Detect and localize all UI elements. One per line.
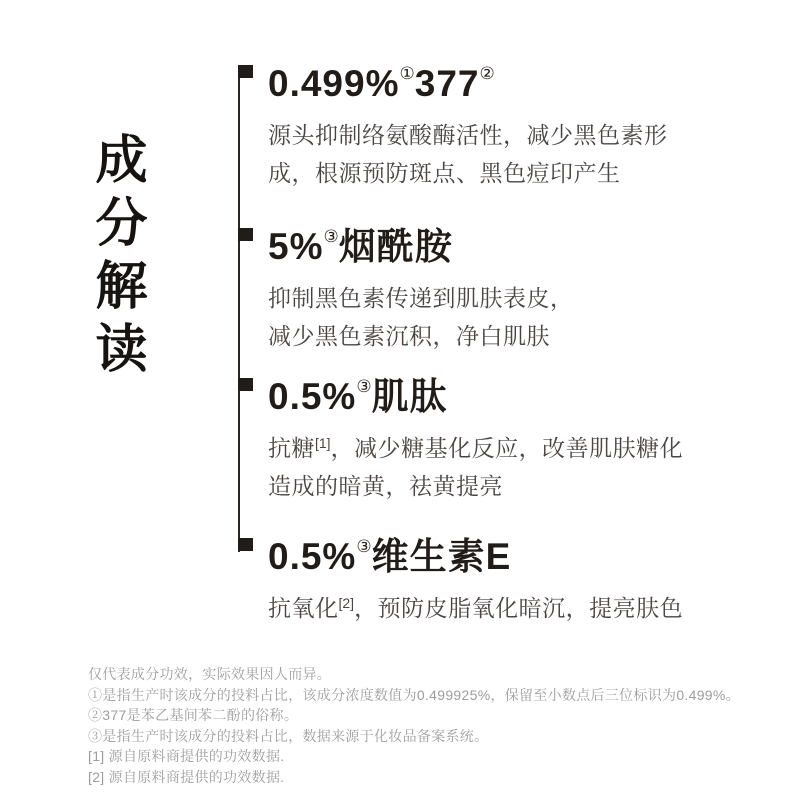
footnote-ref-sup: ② bbox=[479, 64, 494, 83]
description-line: 造成的暗黄，祛黄提亮 bbox=[268, 465, 783, 503]
citation-sup: [1] bbox=[315, 435, 331, 451]
description-line: 抗糖[1]，减少糖基化反应，改善肌肤糖化 bbox=[268, 427, 783, 465]
ingredient-description: 抑制黑色素传递到肌肤表皮， 减少黑色素沉积，净白肌肤 bbox=[268, 277, 783, 353]
description-line: 抗氧化[2]，预防皮脂氧化暗沉，提亮肤色 bbox=[268, 587, 783, 625]
description-line: 成，根源预防斑点、黑色痘印产生 bbox=[268, 152, 783, 190]
ingredient-percentage: 0.5% bbox=[268, 376, 356, 417]
ingredient-description: 源头抑制络氨酸酶活性，减少黑色素形 成，根源预防斑点、黑色痘印产生 bbox=[268, 114, 783, 190]
page-title: 成分解读 bbox=[90, 132, 142, 384]
ingredient-name: 维生素E bbox=[372, 536, 512, 577]
description-text: 抗氧化 bbox=[268, 595, 339, 621]
ingredient-heading: 0.5%③肌肽 bbox=[268, 366, 783, 418]
description-text: 减少黑色素沉积，净白肌肤 bbox=[268, 323, 550, 349]
ingredient-section-vitamin-e: 0.5%③维生素E 抗氧化[2]，预防皮脂氧化暗沉，提亮肤色 bbox=[238, 526, 783, 625]
ingredient-name: 肌肽 bbox=[372, 376, 448, 417]
ingredient-name: 377 bbox=[415, 63, 480, 104]
ingredient-heading: 5%③烟酰胺 bbox=[268, 216, 783, 268]
ingredient-percentage: 0.5% bbox=[268, 536, 356, 577]
ingredient-description: 抗氧化[2]，预防皮脂氧化暗沉，提亮肤色 bbox=[268, 587, 783, 625]
description-text: 抗糖 bbox=[268, 435, 315, 461]
description-text: ，减少糖基化反应，改善肌肤糖化 bbox=[331, 435, 684, 461]
description-line: 抑制黑色素传递到肌肤表皮， bbox=[268, 277, 783, 315]
ingredient-section-niacinamide: 5%③烟酰胺 抑制黑色素传递到肌肤表皮， 减少黑色素沉积，净白肌肤 bbox=[238, 216, 783, 353]
section-bullet-icon bbox=[238, 65, 253, 78]
ingredient-percentage: 5% bbox=[268, 226, 323, 267]
footnote-ref-sup: ③ bbox=[323, 227, 338, 246]
footnote-line: 仅代表成分功效，实际效果因人而异。 bbox=[88, 664, 768, 685]
description-text: 成，根源预防斑点、黑色痘印产生 bbox=[268, 160, 621, 186]
ingredient-name: 烟酰胺 bbox=[339, 226, 453, 267]
ingredient-section-carnosine: 0.5%③肌肽 抗糖[1]，减少糖基化反应，改善肌肤糖化 造成的暗黄，祛黄提亮 bbox=[238, 366, 783, 503]
description-text: ，预防皮脂氧化暗沉，提亮肤色 bbox=[354, 595, 683, 621]
footnote-ref-sup: ① bbox=[400, 64, 415, 83]
footnote-line: [1] 源自原料商提供的功效数据. bbox=[88, 746, 768, 767]
section-bullet-icon bbox=[238, 378, 253, 391]
ingredient-description: 抗糖[1]，减少糖基化反应，改善肌肤糖化 造成的暗黄，祛黄提亮 bbox=[268, 427, 783, 503]
description-text: 抑制黑色素传递到肌肤表皮， bbox=[268, 285, 574, 311]
ingredient-heading: 0.5%③维生素E bbox=[268, 526, 783, 578]
footnotes: 仅代表成分功效，实际效果因人而异。 ①是指生产时该成分的投料占比，该成分浓度数值… bbox=[88, 664, 768, 788]
section-bullet-icon bbox=[238, 538, 253, 551]
ingredient-heading: 0.499%①377② bbox=[268, 53, 783, 105]
footnote-line: ③是指生产时该成分的投料占比，数据来源于化妆品备案系统。 bbox=[88, 726, 768, 747]
ingredient-percentage: 0.499% bbox=[268, 63, 400, 104]
section-bullet-icon bbox=[238, 228, 253, 241]
footnote-line: ②377是苯乙基间苯二酚的俗称。 bbox=[88, 705, 768, 726]
footnote-ref-sup: ③ bbox=[356, 537, 371, 556]
footnote-line: [2] 源自原料商提供的功效数据. bbox=[88, 767, 768, 788]
ingredient-infographic: 成分解读 0.499%①377② 源头抑制络氨酸酶活性，减少黑色素形 成，根源预… bbox=[0, 0, 800, 800]
footnote-line: ①是指生产时该成分的投料占比，该成分浓度数值为0.499925%，保留至小数点后… bbox=[88, 685, 768, 706]
description-text: 造成的暗黄，祛黄提亮 bbox=[268, 473, 503, 499]
description-text: 源头抑制络氨酸酶活性，减少黑色素形 bbox=[268, 122, 668, 148]
description-line: 源头抑制络氨酸酶活性，减少黑色素形 bbox=[268, 114, 783, 152]
citation-sup: [2] bbox=[339, 595, 355, 611]
description-line: 减少黑色素沉积，净白肌肤 bbox=[268, 315, 783, 353]
ingredient-section-377: 0.499%①377② 源头抑制络氨酸酶活性，减少黑色素形 成，根源预防斑点、黑… bbox=[238, 53, 783, 190]
footnote-ref-sup: ③ bbox=[356, 377, 371, 396]
